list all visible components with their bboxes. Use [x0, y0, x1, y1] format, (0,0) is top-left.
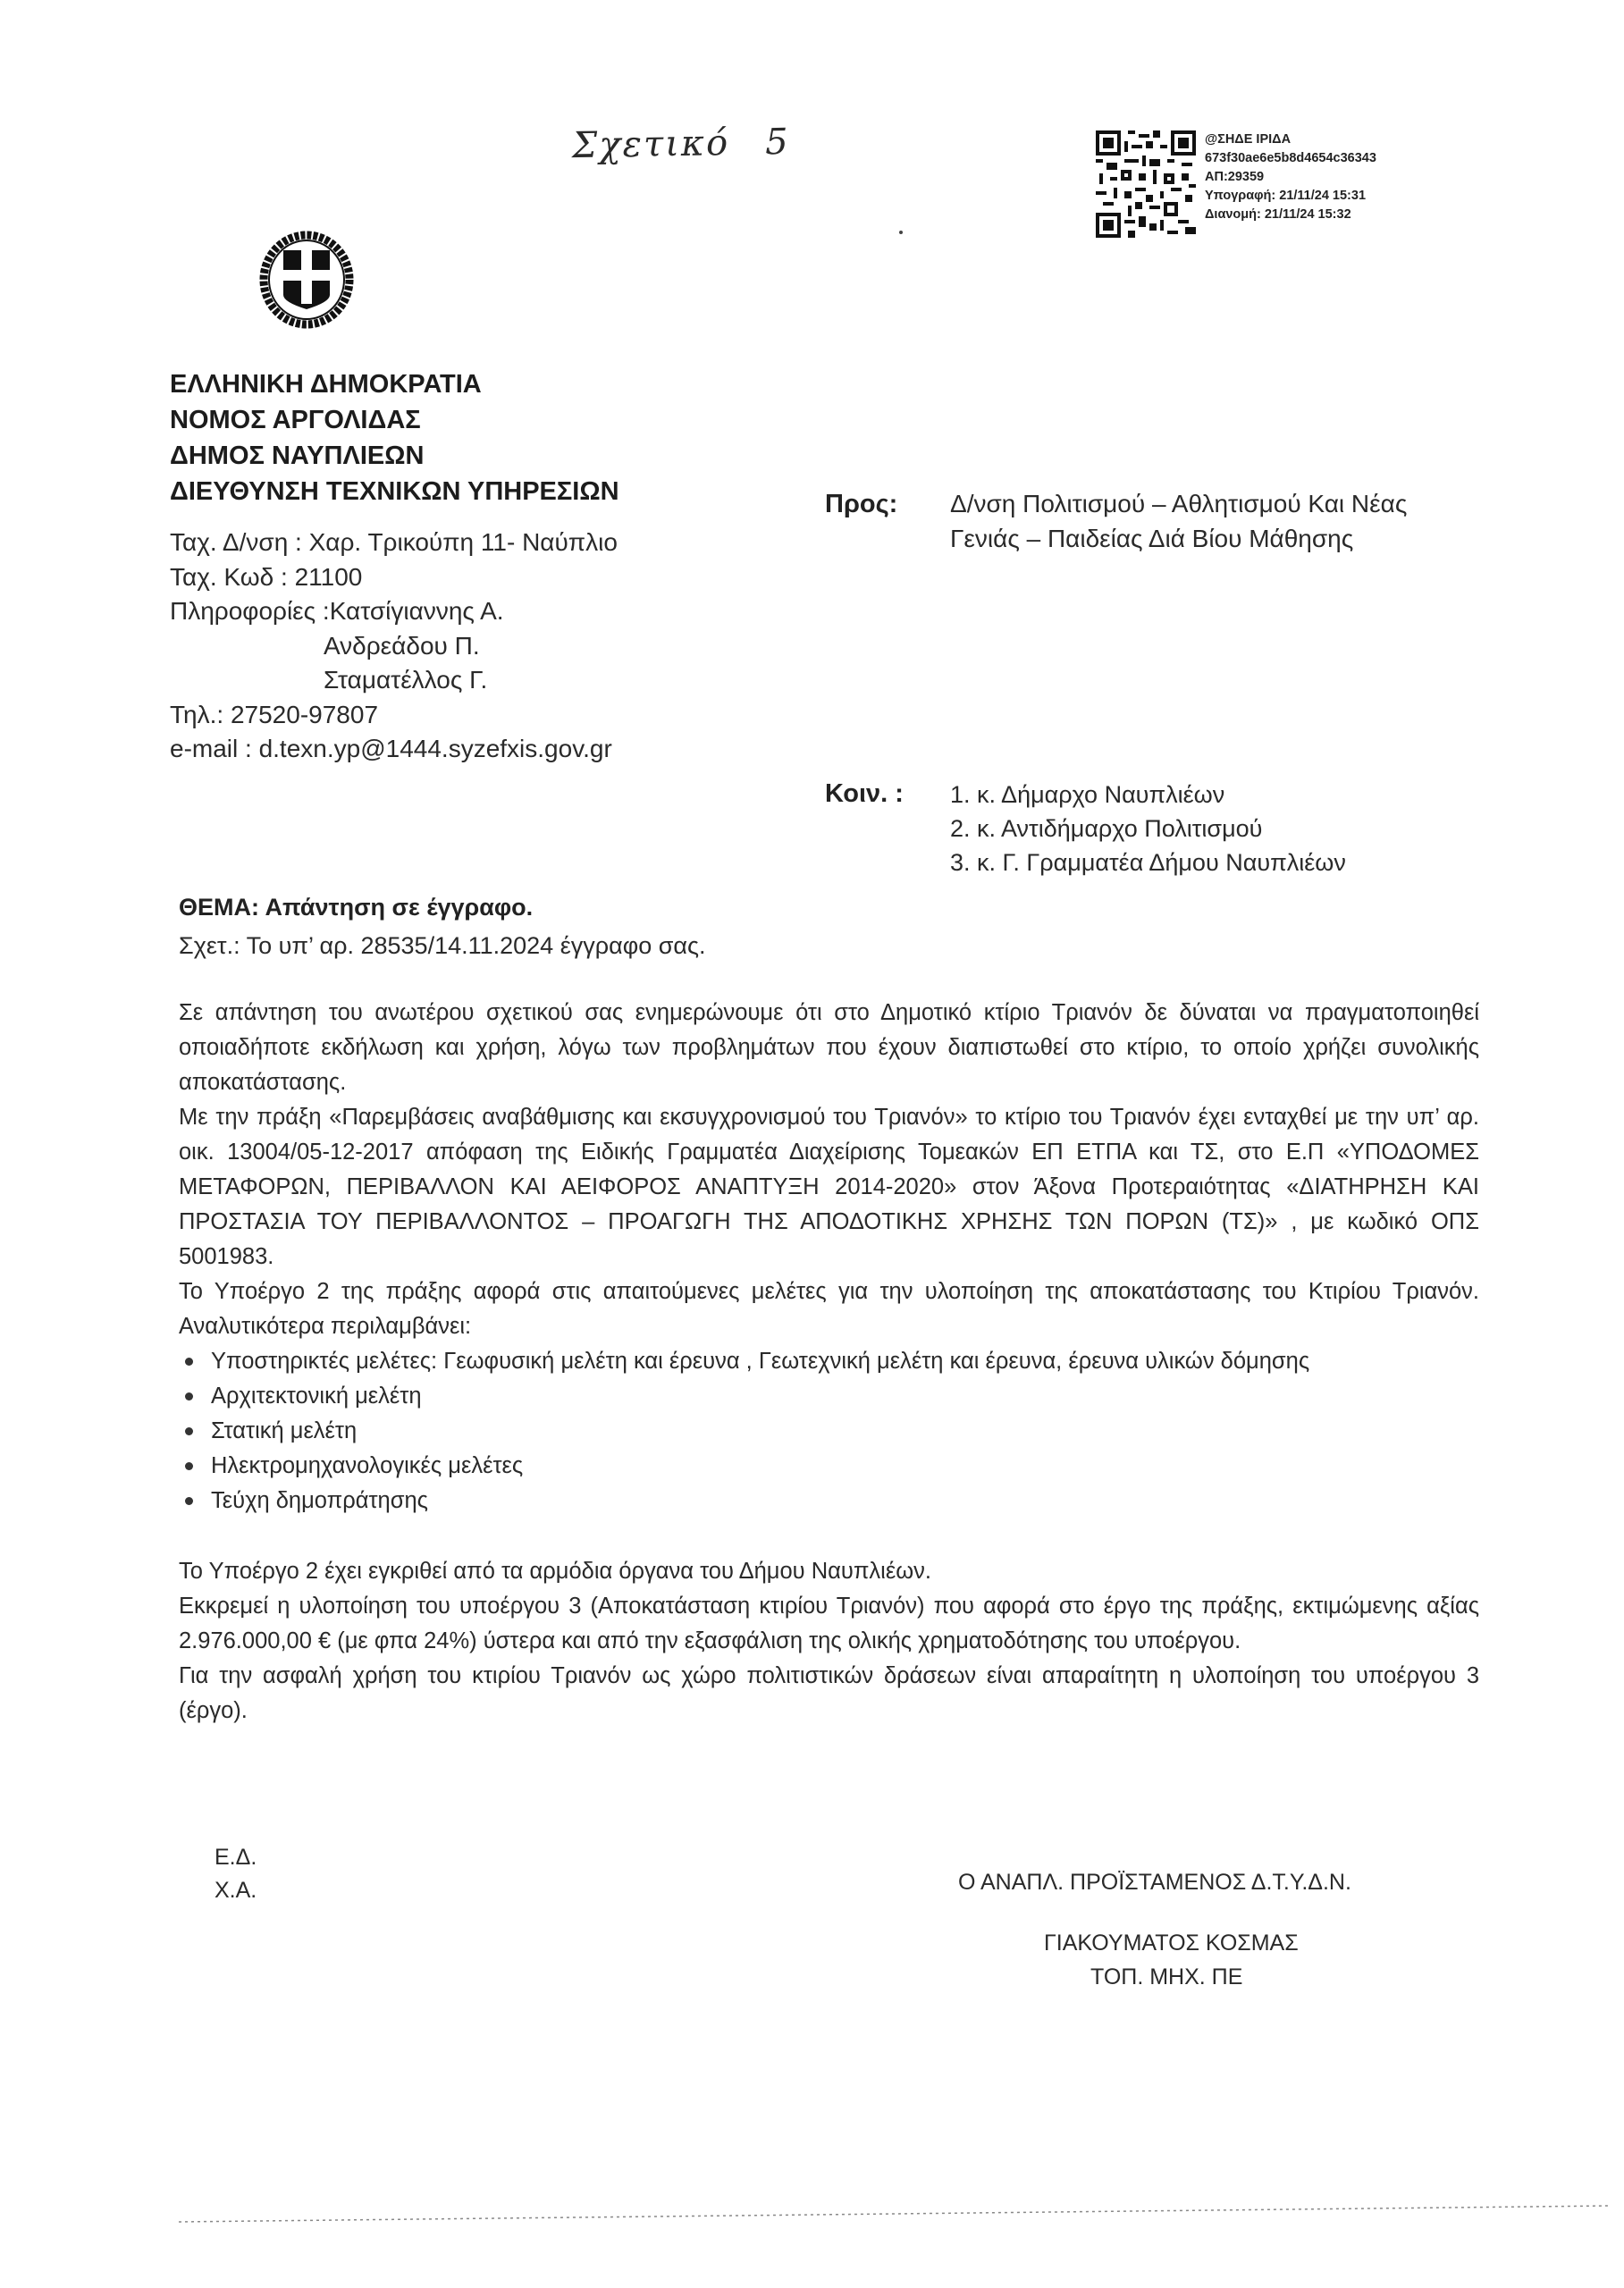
issuer-line-municipality: ΔΗΜΟΣ ΝΑΥΠΛΙΕΩΝ [170, 438, 619, 474]
postal-address: Ταχ. Δ/νση : Χαρ. Τρικούπη 11- Ναύπλιο [170, 526, 618, 560]
scan-speck [899, 231, 903, 234]
signatory-rank: ΤΟΠ. ΜΗΧ. ΠΕ [1090, 1964, 1242, 1990]
initials-line: Ε.Δ. [215, 1841, 257, 1874]
paragraph-spacer [179, 1518, 1479, 1554]
handwritten-annotation: Σχετικό5 [572, 122, 790, 166]
contact-person: Κατσίγιαννης Α. [330, 594, 504, 629]
contact-person: Ανδρεάδου Π. [170, 629, 618, 664]
contact-info-row: Πληροφορίες : Κατσίγιαννης Α. [170, 594, 618, 629]
stamp-details: @ΣΗΔΕ ΙΡΙΔΑ 673f30ae6e5b8d4654c36343 ΑΠ:… [1205, 130, 1376, 224]
issuer-line-directorate: ΔΙΕΥΘΥΝΣΗ ΤΕΧΝΙΚΩΝ ΥΠΗΡΕΣΙΩΝ [170, 474, 619, 509]
study-item: Ηλεκτρομηχανολογικές μελέτες [211, 1449, 1479, 1484]
stamp-distribution-date: Διανομή: 21/11/24 15:32 [1205, 206, 1376, 224]
initials-line: Χ.Α. [215, 1874, 257, 1907]
study-item: Τεύχη δημοπράτησης [211, 1484, 1479, 1518]
study-item: Αρχιτεκτονική μελέτη [211, 1379, 1479, 1414]
recipient: Δ/νση Πολιτισμού – Αθλητισμού Και Νέας Γ… [950, 486, 1407, 556]
issuer-line-prefecture: ΝΟΜΟΣ ΑΡΓΟΛΙΔΑΣ [170, 402, 619, 438]
phone-number: Τηλ.: 27520-97807 [170, 698, 618, 733]
stamp-signed-date: Υπογραφή: 21/11/24 15:31 [1205, 187, 1376, 206]
body-paragraph: Με την πράξη «Παρεμβάσεις αναβάθμισης κα… [179, 1100, 1479, 1274]
handwritten-text: Σχετικό [572, 122, 730, 166]
qr-code-icon [1096, 130, 1196, 238]
cc-label: Κοιν. : [825, 779, 904, 809]
cc-list: 1. κ. Δήμαρχο Ναυπλιέων 2. κ. Αντιδήμαρχ… [950, 778, 1346, 879]
reference-line: Σχετ.: Το υπ’ αρ. 28535/14.11.2024 έγγρα… [179, 932, 706, 960]
sender-address-block: Ταχ. Δ/νση : Χαρ. Τρικούπη 11- Ναύπλιο Τ… [170, 526, 618, 767]
cc-item: 1. κ. Δήμαρχο Ναυπλιέων [950, 778, 1346, 812]
contact-person: Σταματέλλος Γ. [170, 663, 618, 698]
body-paragraph: Το Υποέργο 2 έχει εγκριθεί από τα αρμόδι… [179, 1554, 1479, 1589]
esignature-stamp: @ΣΗΔΕ ΙΡΙΔΑ 673f30ae6e5b8d4654c36343 ΑΠ:… [1096, 130, 1376, 238]
body-paragraph: Σε απάντηση του ανωτέρου σχετικού σας εν… [179, 996, 1479, 1100]
issuer-line-state: ΕΛΛΗΝΙΚΗ ΔΗΜΟΚΡΑΤΙΑ [170, 366, 619, 402]
study-item: Υποστηρικτές μελέτες: Γεωφυσική μελέτη κ… [211, 1344, 1479, 1379]
subject-line: ΘΕΜΑ: Απάντηση σε έγγραφο. [179, 894, 533, 921]
cc-item: 3. κ. Γ. Γραμματέα Δήμου Ναυπλιέων [950, 845, 1346, 879]
body-paragraph: Το Υποέργο 2 της πράξης αφορά στις απαιτ… [179, 1274, 1479, 1344]
recipient-label: Προς: [825, 490, 897, 519]
cc-item: 2. κ. Αντιδήμαρχο Πολιτισμού [950, 812, 1346, 845]
contact-info-label: Πληροφορίες : [170, 594, 330, 629]
study-item: Στατική μελέτη [211, 1414, 1479, 1449]
author-initials: Ε.Δ. Χ.Α. [215, 1841, 257, 1907]
issuer-header: ΕΛΛΗΝΙΚΗ ΔΗΜΟΚΡΑΤΙΑ ΝΟΜΟΣ ΑΡΓΟΛΙΔΑΣ ΔΗΜΟ… [170, 366, 619, 509]
stamp-protocol-number: ΑΠ:29359 [1205, 168, 1376, 187]
letter-body: Σε απάντηση του ανωτέρου σχετικού σας εν… [179, 996, 1479, 1729]
signatory-name: ΓΙΑΚΟΥΜΑΤΟΣ ΚΟΣΜΑΣ [1044, 1930, 1299, 1956]
postal-code: Ταχ. Κωδ : 21100 [170, 560, 618, 595]
stamp-system: @ΣΗΔΕ ΙΡΙΔΑ [1205, 130, 1376, 149]
signatory-title: Ο ΑΝΑΠΛ. ΠΡΟΪΣΤΑΜΕΝΟΣ Δ.Τ.Υ.Δ.Ν. [958, 1870, 1351, 1896]
handwritten-number: 5 [765, 122, 790, 163]
scan-artifact-line [179, 2215, 1609, 2217]
body-paragraph: Εκκρεμεί η υλοποίηση του υποέργου 3 (Απο… [179, 1589, 1479, 1659]
body-paragraph: Για την ασφαλή χρήση του κτιρίου Τριανόν… [179, 1659, 1479, 1729]
recipient-line: Δ/νση Πολιτισμού – Αθλητισμού Και Νέας [950, 486, 1407, 521]
stamp-hash: 673f30ae6e5b8d4654c36343 [1205, 149, 1376, 168]
email-address: e-mail : d.texn.yp@1444.syzefxis.gov.gr [170, 732, 618, 767]
studies-list: Υποστηρικτές μελέτες: Γεωφυσική μελέτη κ… [179, 1344, 1479, 1518]
recipient-line: Γενιάς – Παιδείας Διά Βίου Μάθησης [950, 521, 1407, 556]
greek-coat-of-arms-icon [259, 231, 354, 329]
